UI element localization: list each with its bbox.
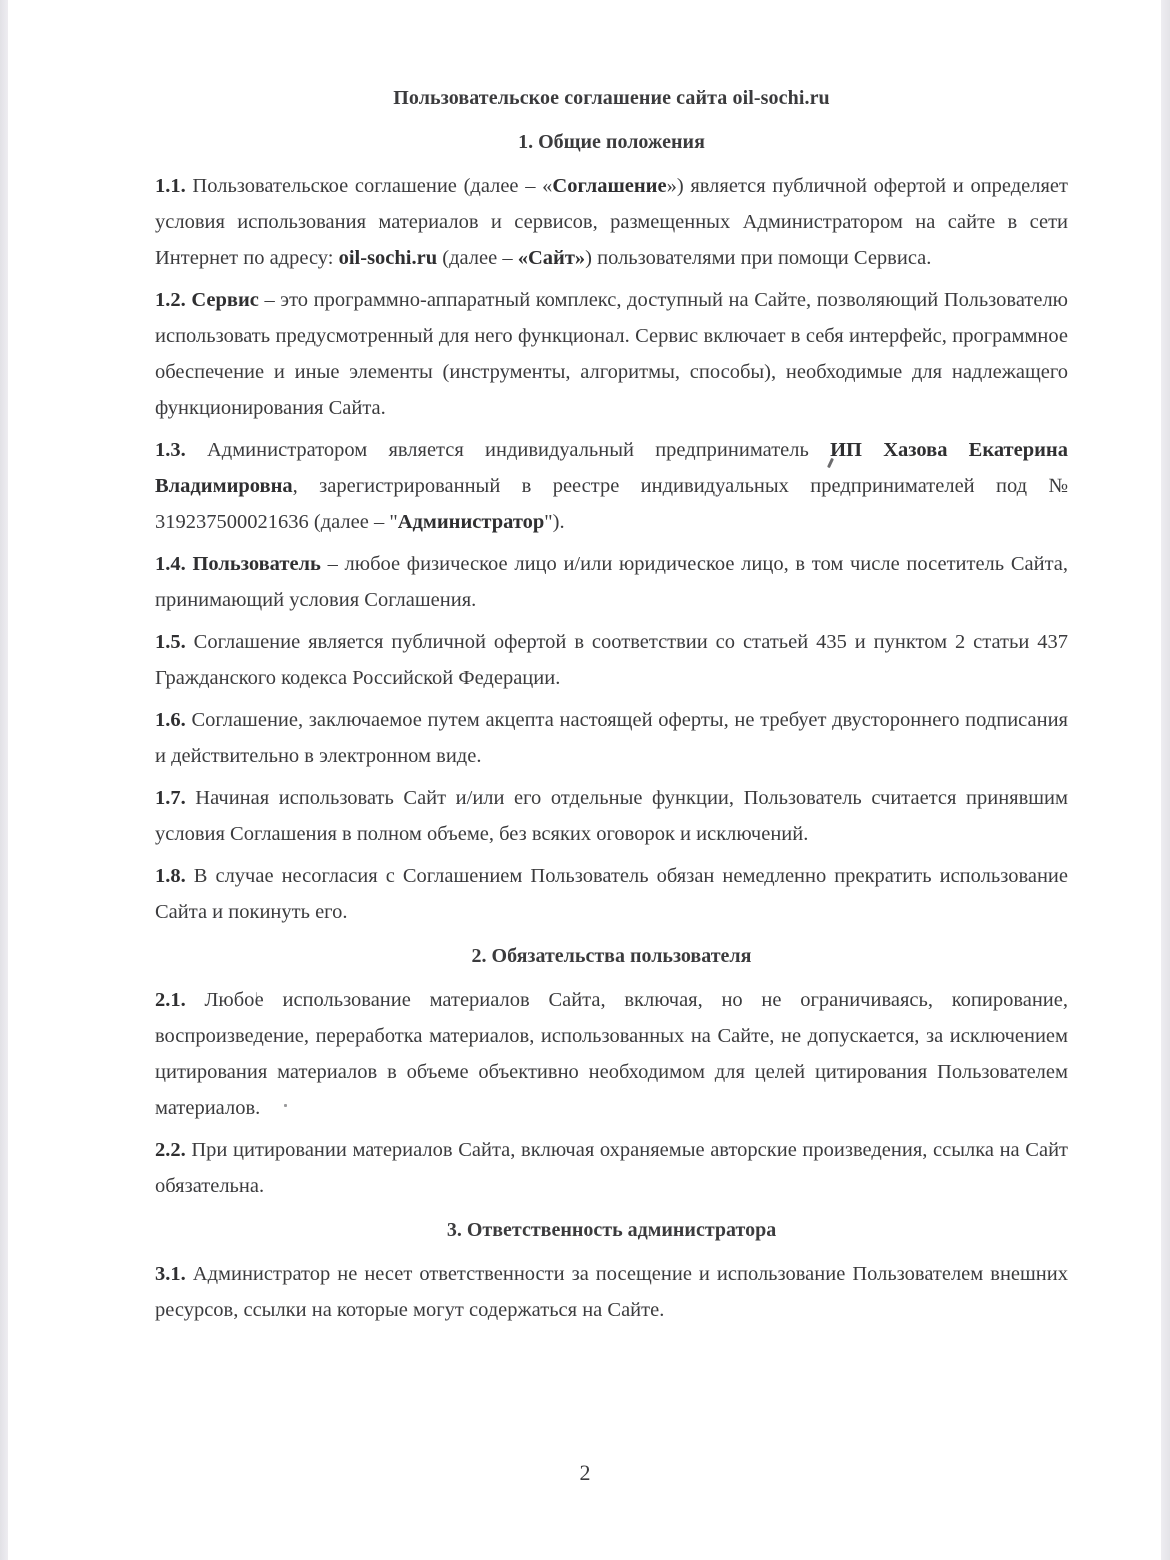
clause-number: 3.1.: [155, 1263, 186, 1285]
clause-number: 1.5.: [155, 631, 186, 653]
defined-term: Пользователь: [192, 553, 320, 575]
section-heading: 2. Обязательства пользователя: [155, 944, 1068, 968]
clause-text: Пользовательское соглашение (далее – «: [186, 175, 553, 197]
clause-text: Администратором является индивидуальный …: [186, 439, 830, 461]
clause-text: ) пользователями при помощи Сервиса.: [585, 247, 931, 269]
clause-number: 1.2.: [155, 289, 186, 311]
section-general: 1. Общие положения 1.1. Пользовательское…: [155, 130, 1068, 930]
clause-2-2: 2.2. При цитировании материалов Сайта, в…: [155, 1132, 1068, 1204]
clause-text: Начиная использовать Сайт и/или его отде…: [155, 787, 1068, 845]
clause-list: 3.1. Администратор не несет ответственно…: [155, 1256, 1068, 1328]
clause-number: 1.4.: [155, 553, 186, 575]
clause-text: – это программно-аппаратный комплекс, до…: [155, 289, 1068, 419]
clause-1-6: 1.6. Соглашение, заключаемое путем акцеп…: [155, 702, 1068, 774]
clause-1-1: 1.1. Пользовательское соглашение (далее …: [155, 168, 1068, 276]
clause-1-7: 1.7. Начиная использовать Сайт и/или его…: [155, 780, 1068, 852]
clause-list: 2.1. Любое использование материалов Сайт…: [155, 982, 1068, 1204]
clause-number: 1.1.: [155, 175, 186, 197]
clause-number: 1.3.: [155, 439, 186, 461]
section-user-obligations: 2. Обязательства пользователя 2.1. Любое…: [155, 944, 1068, 1204]
clause-1-8: 1.8. В случае несогласия с Соглашением П…: [155, 858, 1068, 930]
clause-number: 1.8.: [155, 865, 186, 887]
clause-number: 1.6.: [155, 709, 186, 731]
defined-term: oil-sochi.ru: [339, 247, 438, 269]
clause-text: (далее –: [437, 247, 518, 269]
section-admin-responsibility: 3. Ответственность администратора 3.1. А…: [155, 1218, 1068, 1328]
clause-text: , зарегистрированный в реестре индивидуа…: [155, 475, 1068, 533]
clause-1-2: 1.2. Сервис – это программно-аппаратный …: [155, 282, 1068, 426]
clause-text: При цитировании материалов Сайта, включа…: [155, 1139, 1068, 1197]
clause-1-3: 1.3. Администратором является индивидуал…: [155, 432, 1068, 540]
document-page: Пользовательское соглашение сайта oil-so…: [155, 86, 1068, 1334]
section-heading: 1. Общие положения: [155, 130, 1068, 154]
defined-term: Сервис: [191, 289, 259, 311]
clause-1-4: 1.4. Пользователь – любое физическое лиц…: [155, 546, 1068, 618]
scan-edge-right: [1161, 0, 1170, 1560]
clause-2-1: 2.1. Любое использование материалов Сайт…: [155, 982, 1068, 1126]
clause-text: Администратор не несет ответственности з…: [155, 1263, 1068, 1321]
defined-term: Администратор: [398, 511, 545, 533]
scan-edge-left: [0, 0, 8, 1560]
clause-text: ").: [544, 511, 564, 533]
clause-number: 2.2.: [155, 1139, 186, 1161]
page-number: 2: [0, 1460, 1170, 1486]
clause-text: Соглашение, заключаемое путем акцепта на…: [155, 709, 1068, 767]
defined-term: Соглашение: [552, 175, 666, 197]
clause-text: Соглашение является публичной офертой в …: [155, 631, 1068, 689]
clause-text: Любое использование материалов Сайта, вк…: [155, 989, 1068, 1119]
defined-term: «Сайт»: [518, 247, 585, 269]
clause-number: 1.7.: [155, 787, 186, 809]
clause-text: В случае несогласия с Соглашением Пользо…: [155, 865, 1068, 923]
clause-3-1: 3.1. Администратор не несет ответственно…: [155, 1256, 1068, 1328]
clause-list: 1.1. Пользовательское соглашение (далее …: [155, 168, 1068, 930]
clause-1-5: 1.5. Соглашение является публичной оферт…: [155, 624, 1068, 696]
document-title: Пользовательское соглашение сайта oil-so…: [155, 86, 1068, 110]
section-heading: 3. Ответственность администратора: [155, 1218, 1068, 1242]
clause-number: 2.1.: [155, 989, 186, 1011]
